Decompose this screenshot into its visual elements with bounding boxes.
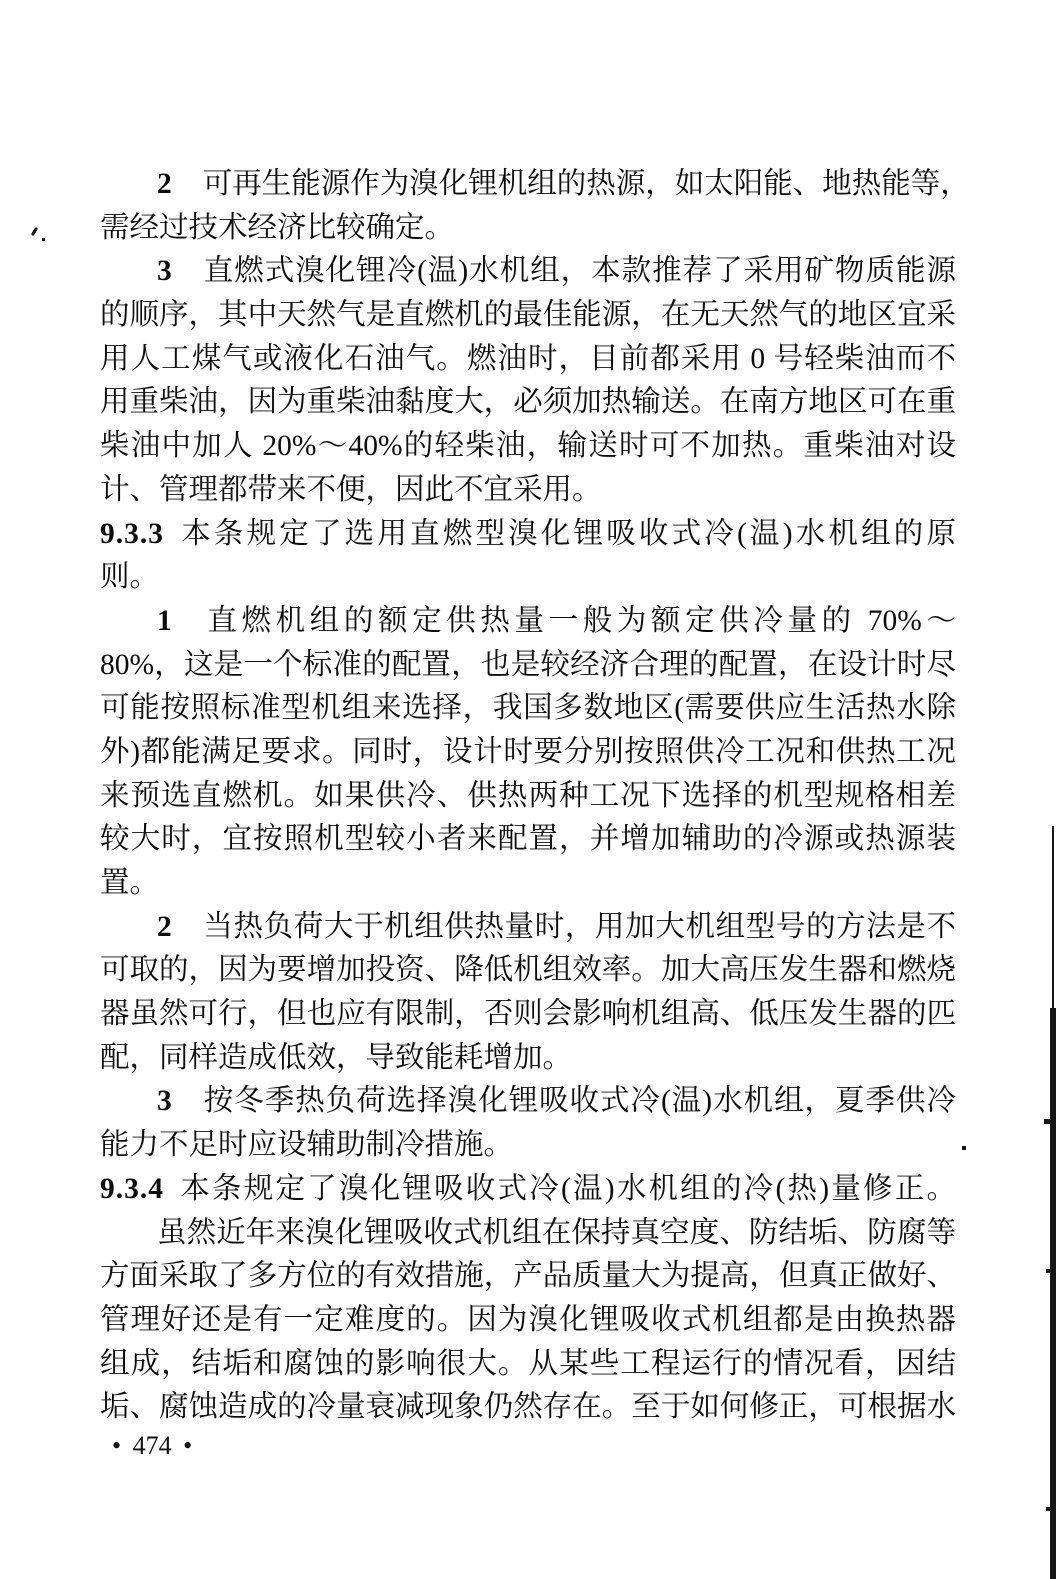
section-number: 9.3.4 bbox=[100, 1173, 164, 1205]
text-line: 能力不足时应设辅助制冷措施。 bbox=[100, 1124, 956, 1168]
line-text: 直燃式溴化锂冷(温)水机组，本款推荐了采用矿物质能源 bbox=[203, 255, 956, 287]
line-text: 的顺序，其中天然气是直燃机的最佳能源，在无天然气的地区宜采 bbox=[100, 299, 956, 331]
text-line: 外)都能满足要求。同时，设计时要分别按照供冷工况和供热工况 bbox=[100, 731, 956, 775]
scan-artifact-edge-tick bbox=[1046, 1507, 1056, 1511]
line-text: 置。 bbox=[100, 867, 159, 899]
text-line: 80%，这是一个标准的配置，也是较经济合理的配置，在设计时尽 bbox=[100, 644, 956, 688]
line-text: 垢、腐蚀造成的冷量衰减现象仍然存在。至于如何修正，可根据水 bbox=[100, 1391, 956, 1423]
text-line: 用重柴油，因为重柴油黏度大，必须加热输送。在南方地区可在重 bbox=[100, 381, 956, 425]
text-line: 较大时，宜按照机型较小者来配置，并增加辅助的冷源或热源装 bbox=[100, 818, 956, 862]
line-text: 可再生能源作为溴化锂机组的热源，如太阳能、地热能等， bbox=[203, 168, 970, 200]
line-text: 本条规定了溴化锂吸收式冷(温)水机组的冷(热)量修正。 bbox=[178, 1173, 956, 1205]
item-number: 3 bbox=[157, 1085, 173, 1117]
text-column: 2可再生能源作为溴化锂机组的热源，如太阳能、地热能等，需经过技术经济比较确定。3… bbox=[100, 163, 956, 1430]
item-number: 2 bbox=[157, 911, 173, 943]
line-text: 需经过技术经济比较确定。 bbox=[100, 212, 454, 244]
scan-artifact-edge-tick bbox=[1046, 1269, 1056, 1273]
line-text: 管理好还是有一定难度的。因为溴化锂吸收式机组都是由换热器 bbox=[100, 1304, 956, 1336]
line-text: 外)都能满足要求。同时，设计时要分别按照供冷工况和供热工况 bbox=[100, 736, 956, 768]
text-line: 配，同样造成低效，导致能耗增加。 bbox=[100, 1037, 956, 1081]
text-line: 虽然近年来溴化锂吸收式机组在保持真空度、防结垢、防腐等 bbox=[100, 1212, 956, 1256]
text-line: 可取的，因为要增加投资、降低机组效率。加大高压发生器和燃烧 bbox=[100, 949, 956, 993]
line-text: 按冬季热负荷选择溴化锂吸收式冷(温)水机组，夏季供冷 bbox=[203, 1085, 956, 1117]
scan-artifact-ink-mark bbox=[31, 227, 38, 236]
section-number: 9.3.3 bbox=[100, 518, 164, 550]
text-line: 3按冬季热负荷选择溴化锂吸收式冷(温)水机组，夏季供冷 bbox=[100, 1080, 956, 1124]
scan-artifact-edge-tick bbox=[1044, 1119, 1056, 1124]
line-text: 80%，这是一个标准的配置，也是较经济合理的配置，在设计时尽 bbox=[100, 649, 956, 681]
line-text: 组成，结垢和腐蚀的影响很大。从某些工程运行的情况看，因结 bbox=[100, 1348, 956, 1380]
line-text: 用人工煤气或液化石油气。燃油时，目前都采用 0 号轻柴油而不 bbox=[100, 343, 956, 375]
page-number: • 474 • bbox=[112, 1431, 192, 1461]
text-line: 组成，结垢和腐蚀的影响很大。从某些工程运行的情况看，因结 bbox=[100, 1343, 956, 1387]
text-line: 器虽然可行，但也应有限制，否则会影响机组高、低压发生器的匹 bbox=[100, 993, 956, 1037]
line-text: 直燃机组的额定供热量一般为额定供冷量的 70%～ bbox=[203, 605, 956, 637]
text-line: 柴油中加人 20%～40%的轻柴油，输送时可不加热。重柴油对设 bbox=[100, 425, 956, 469]
scan-artifact-stray-dot bbox=[962, 1146, 966, 1150]
line-text: 可取的，因为要增加投资、降低机组效率。加大高压发生器和燃烧 bbox=[100, 954, 956, 986]
text-line: 3直燃式溴化锂冷(温)水机组，本款推荐了采用矿物质能源 bbox=[100, 250, 956, 294]
text-line: 的顺序，其中天然气是直燃机的最佳能源，在无天然气的地区宜采 bbox=[100, 294, 956, 338]
text-line: 2当热负荷大于机组供热量时，用加大机组型号的方法是不 bbox=[100, 906, 956, 950]
item-number: 2 bbox=[157, 168, 173, 200]
scanned-page: { "document": { "footer": { "page_label"… bbox=[0, 0, 1056, 1579]
scan-artifact-edge-line-thin bbox=[1052, 826, 1054, 1010]
text-line: 来预选直燃机。如果供冷、供热两种工况下选择的机型规格相差 bbox=[100, 775, 956, 819]
scan-artifact-edge-line-thick bbox=[1050, 1008, 1056, 1579]
line-text: 本条规定了选用直燃型溴化锂吸收式冷(温)水机组的原 bbox=[178, 518, 956, 550]
text-line: 则。 bbox=[100, 556, 956, 600]
line-text: 器虽然可行，但也应有限制，否则会影响机组高、低压发生器的匹 bbox=[100, 998, 956, 1030]
line-text: 则。 bbox=[100, 561, 159, 593]
line-text: 来预选直燃机。如果供冷、供热两种工况下选择的机型规格相差 bbox=[100, 780, 956, 812]
text-line: 用人工煤气或液化石油气。燃油时，目前都采用 0 号轻柴油而不 bbox=[100, 338, 956, 382]
item-number: 1 bbox=[157, 605, 173, 637]
text-line: 管理好还是有一定难度的。因为溴化锂吸收式机组都是由换热器 bbox=[100, 1299, 956, 1343]
line-text: 能力不足时应设辅助制冷措施。 bbox=[100, 1129, 513, 1161]
text-line: 方面采取了多方位的有效措施，产品质量大为提高，但真正做好、 bbox=[100, 1255, 956, 1299]
scan-artifact-ink-dot bbox=[42, 238, 45, 241]
text-line: 可能按照标准型机组来选择，我国多数地区(需要供应生活热水除 bbox=[100, 687, 956, 731]
line-text: 较大时，宜按照机型较小者来配置，并增加辅助的冷源或热源装 bbox=[100, 823, 956, 855]
line-text: 计、管理都带来不便，因此不宜采用。 bbox=[100, 474, 602, 506]
item-number: 3 bbox=[157, 255, 173, 287]
line-text: 用重柴油，因为重柴油黏度大，必须加热输送。在南方地区可在重 bbox=[100, 386, 956, 418]
text-line: 置。 bbox=[100, 862, 956, 906]
line-text: 柴油中加人 20%～40%的轻柴油，输送时可不加热。重柴油对设 bbox=[100, 430, 956, 462]
text-line: 1直燃机组的额定供热量一般为额定供冷量的 70%～ bbox=[100, 600, 956, 644]
text-line: 2可再生能源作为溴化锂机组的热源，如太阳能、地热能等， bbox=[100, 163, 956, 207]
line-text: 当热负荷大于机组供热量时，用加大机组型号的方法是不 bbox=[203, 911, 956, 943]
line-text: 可能按照标准型机组来选择，我国多数地区(需要供应生活热水除 bbox=[100, 692, 956, 724]
line-text: 虽然近年来溴化锂吸收式机组在保持真空度、防结垢、防腐等 bbox=[157, 1217, 956, 1249]
section-heading-line: 9.3.3本条规定了选用直燃型溴化锂吸收式冷(温)水机组的原 bbox=[100, 513, 956, 557]
text-line: 计、管理都带来不便，因此不宜采用。 bbox=[100, 469, 956, 513]
section-heading-line: 9.3.4本条规定了溴化锂吸收式冷(温)水机组的冷(热)量修正。 bbox=[100, 1168, 956, 1212]
text-line: 需经过技术经济比较确定。 bbox=[100, 207, 956, 251]
line-text: 配，同样造成低效，导致能耗增加。 bbox=[100, 1042, 572, 1074]
text-line: 垢、腐蚀造成的冷量衰减现象仍然存在。至于如何修正，可根据水 bbox=[100, 1386, 956, 1430]
line-text: 方面采取了多方位的有效措施，产品质量大为提高，但真正做好、 bbox=[100, 1260, 956, 1292]
